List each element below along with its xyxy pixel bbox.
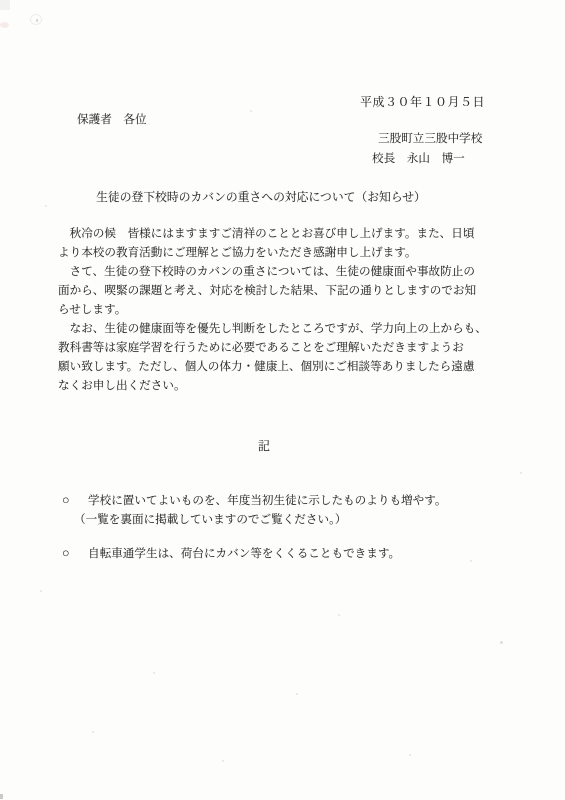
list-item-allowed-items: ○ 学校に置いてよいものを、年度当初生徒に示したものよりも増やす。 （一覧を裏面…	[62, 491, 517, 529]
list-item-text: 自転車通学生は、荷台にカバン等をくくることもできます。	[62, 544, 517, 563]
scan-artifact-dot	[36, 19, 38, 22]
paragraph-greeting: 秋冷の候 皆様にはますますご清祥のこととお喜び申し上げます。また、日頃 より本校…	[58, 224, 520, 262]
scan-speck	[338, 614, 340, 616]
record-heading: 記	[0, 437, 528, 454]
scan-speck	[92, 731, 94, 733]
scan-artifact-ring	[30, 14, 42, 25]
scan-speck	[296, 693, 298, 695]
circle-bullet-icon: ○	[62, 544, 70, 563]
list-item-text: 学校に置いてよいものを、年度当初生徒に示したものよりも増やす。 （一覧を裏面に掲…	[62, 491, 517, 529]
list-item-bicycle-commuters: ○ 自転車通学生は、荷台にカバン等をくくることもできます。	[62, 544, 517, 563]
scan-artifact-smudge	[0, 22, 9, 28]
sender-principal-name: 校長 永山 博一	[372, 150, 465, 166]
document-title: 生徒の登下校時のカバンの重さへの対応について（お知らせ）	[0, 188, 522, 205]
scan-speck	[40, 590, 42, 592]
scanned-notice-page: 平成３０年１０月５日 保護者 各位 三股町立三股中学校 校長 永山 博一 生徒の…	[0, 0, 565, 800]
scan-artifact-edge	[0, 794, 3, 799]
paragraph-main-announcement: さて、生徒の登下校時のカバンの重さについては、生徒の健康面や事故防止の 面から、…	[58, 262, 520, 319]
sender-school-name: 三股町立三股中学校	[378, 130, 482, 146]
circle-bullet-icon: ○	[62, 491, 70, 510]
paragraph-supplementary-note: なお、生徒の健康面等を優先し判断をしたところですが、学力向上の上からも、 教科書…	[58, 319, 520, 395]
document-date: 平成３０年１０月５日	[0, 93, 485, 110]
recipient-line: 保護者 各位	[77, 111, 147, 127]
scan-speck	[250, 110, 252, 112]
document-body: 秋冷の候 皆様にはますますご清祥のこととお喜び申し上げます。また、日頃 より本校…	[58, 224, 520, 395]
scan-speck	[222, 760, 224, 762]
scan-speck	[153, 672, 155, 674]
scan-speck	[500, 641, 503, 644]
scan-speck	[409, 754, 411, 756]
scan-speck	[45, 205, 47, 207]
scan-artifact-corner	[0, 0, 10, 10]
scan-speck	[520, 472, 522, 474]
